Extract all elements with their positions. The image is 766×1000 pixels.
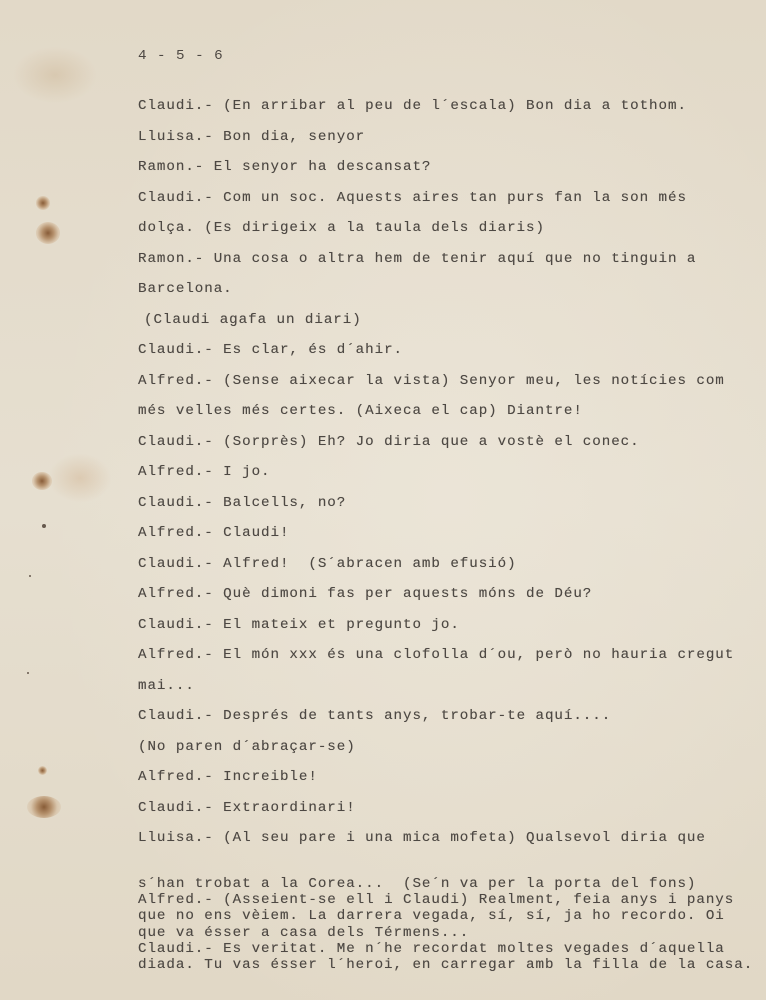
page-number: 4 - 5 - 6: [138, 48, 224, 64]
continuation-line: s´han trobat a la Corea... (Se´n va per …: [138, 876, 696, 892]
dialogue-line: Claudi.- Alfred! (S´abracen amb efusió): [138, 556, 517, 572]
continuation-line: mai...: [138, 678, 195, 694]
speaker-name: Claudi.-: [138, 708, 214, 724]
speck: [29, 575, 31, 577]
line-text: I jo.: [214, 464, 271, 480]
line-text: més velles més certes. (Aixeca el cap) D…: [138, 403, 583, 419]
line-text: Es clar, és d´ahir.: [214, 342, 403, 358]
line-text: Barcelona.: [138, 281, 233, 297]
line-text: Increible!: [214, 769, 318, 785]
line-text: (Claudi agafa un diari): [144, 312, 362, 328]
speaker-name: Alfred.-: [138, 373, 214, 389]
dialogue-line: Claudi.- Després de tants anys, trobar-t…: [138, 708, 611, 724]
burn-stain: [32, 472, 52, 490]
dialogue-line: Claudi.- Es clar, és d´ahir.: [138, 342, 403, 358]
speaker-name: Ramon.-: [138, 251, 204, 267]
line-text: Bon dia, senyor: [214, 129, 365, 145]
dialogue-line: Claudi.- El mateix et pregunto jo.: [138, 617, 460, 633]
continuation-line: Barcelona.: [138, 281, 233, 297]
dialogue-line: Alfred.- Què dimoni fas per aquests móns…: [138, 586, 592, 602]
speaker-name: Alfred.-: [138, 525, 214, 541]
dialogue-line: Lluisa.- (Al seu pare i una mica mofeta)…: [138, 830, 706, 846]
continuation-line: que va ésser a casa dels Térmens...: [138, 925, 469, 941]
line-text: Balcells, no?: [214, 495, 347, 511]
speaker-name: Claudi.-: [138, 342, 214, 358]
line-text: Com un soc. Aquests aires tan purs fan l…: [214, 190, 687, 206]
burn-stain: [27, 796, 61, 818]
speaker-name: Claudi.-: [138, 98, 214, 114]
dialogue-line: Claudi.- Extraordinari!: [138, 800, 356, 816]
continuation-line: dolça. (Es dirigeix a la taula dels diar…: [138, 220, 545, 236]
dialogue-line: Claudi.- Balcells, no?: [138, 495, 346, 511]
speaker-name: Claudi.-: [138, 434, 214, 450]
speck: [42, 524, 46, 528]
line-text: diada. Tu vas ésser l´heroi, en carregar…: [138, 957, 753, 973]
line-text: Una cosa o altra hem de tenir aquí que n…: [204, 251, 696, 267]
line-text: Claudi!: [214, 525, 290, 541]
speaker-name: Claudi.-: [138, 617, 214, 633]
line-text: que no ens vèiem. La darrera vegada, sí,…: [138, 908, 725, 924]
speaker-name: Lluisa.-: [138, 129, 214, 145]
line-text: (Sense aixecar la vista) Senyor meu, les…: [214, 373, 725, 389]
speck: [27, 672, 29, 674]
continuation-line: més velles més certes. (Aixeca el cap) D…: [138, 403, 583, 419]
speaker-name: Alfred.-: [138, 586, 214, 602]
dialogue-line: Ramon.- El senyor ha descansat?: [138, 159, 431, 175]
speaker-name: Alfred.-: [138, 647, 214, 663]
line-text: Es veritat. Me n´he recordat moltes vega…: [214, 941, 725, 957]
speaker-name: Claudi.-: [138, 800, 214, 816]
line-text: El mateix et pregunto jo.: [214, 617, 460, 633]
continuation-line: (Claudi agafa un diari): [144, 312, 362, 328]
continuation-line: diada. Tu vas ésser l´heroi, en carregar…: [138, 957, 753, 973]
speaker-name: Alfred.-: [138, 769, 214, 785]
dialogue-line: Lluisa.- Bon dia, senyor: [138, 129, 365, 145]
speaker-name: Claudi.-: [138, 556, 214, 572]
dialogue-line: Claudi.- Com un soc. Aquests aires tan p…: [138, 190, 687, 206]
continuation-line: que no ens vèiem. La darrera vegada, sí,…: [138, 908, 725, 924]
dialogue-line: Alfred.- Increible!: [138, 769, 318, 785]
speaker-name: Claudi.-: [138, 190, 214, 206]
line-text: Què dimoni fas per aquests móns de Déu?: [214, 586, 593, 602]
line-text: mai...: [138, 678, 195, 694]
line-text: (Asseient-se ell i Claudi) Realment, fei…: [214, 892, 735, 908]
line-text: dolça. (Es dirigeix a la taula dels diar…: [138, 220, 545, 236]
line-text: El senyor ha descansat?: [204, 159, 431, 175]
line-text: que va ésser a casa dels Térmens...: [138, 925, 469, 941]
line-text: (No paren d´abraçar-se): [138, 739, 356, 755]
speaker-name: Claudi.-: [138, 941, 214, 957]
line-text: (Sorprès) Eh? Jo diria que a vostè el co…: [214, 434, 640, 450]
speaker-name: Alfred.-: [138, 892, 214, 908]
dialogue-line: Alfred.- I jo.: [138, 464, 271, 480]
dialogue-line: Ramon.- Una cosa o altra hem de tenir aq…: [138, 251, 696, 267]
dialogue-line: Claudi.- Es veritat. Me n´he recordat mo…: [138, 941, 725, 957]
speaker-name: Lluisa.-: [138, 830, 214, 846]
line-text: (En arribar al peu de l´escala) Bon dia …: [214, 98, 687, 114]
speaker-name: Claudi.-: [138, 495, 214, 511]
line-text: Alfred! (S´abracen amb efusió): [214, 556, 517, 572]
burn-stain: [36, 222, 60, 244]
speaker-name: Alfred.-: [138, 464, 214, 480]
line-text: (Al seu pare i una mica mofeta) Qualsevo…: [214, 830, 706, 846]
line-text: Extraordinari!: [214, 800, 356, 816]
line-text: s´han trobat a la Corea... (Se´n va per …: [138, 876, 696, 892]
burn-stain: [36, 196, 50, 210]
dialogue-line: Alfred.- (Asseient-se ell i Claudi) Real…: [138, 892, 734, 908]
dialogue-line: Claudi.- (Sorprès) Eh? Jo diria que a vo…: [138, 434, 640, 450]
dialogue-line: Alfred.- (Sense aixecar la vista) Senyor…: [138, 373, 725, 389]
continuation-line: (No paren d´abraçar-se): [138, 739, 356, 755]
dialogue-line: Claudi.- (En arribar al peu de l´escala)…: [138, 98, 687, 114]
dialogue-line: Alfred.- Claudi!: [138, 525, 289, 541]
line-text: Després de tants anys, trobar-te aquí...…: [214, 708, 611, 724]
typewritten-page: 4 - 5 - 6 Claudi.- (En arribar al peu de…: [0, 0, 766, 1000]
line-text: El món xxx és una clofolla d´ou, però no…: [214, 647, 735, 663]
dialogue-line: Alfred.- El món xxx és una clofolla d´ou…: [138, 647, 734, 663]
burn-stain: [38, 766, 47, 775]
speaker-name: Ramon.-: [138, 159, 204, 175]
